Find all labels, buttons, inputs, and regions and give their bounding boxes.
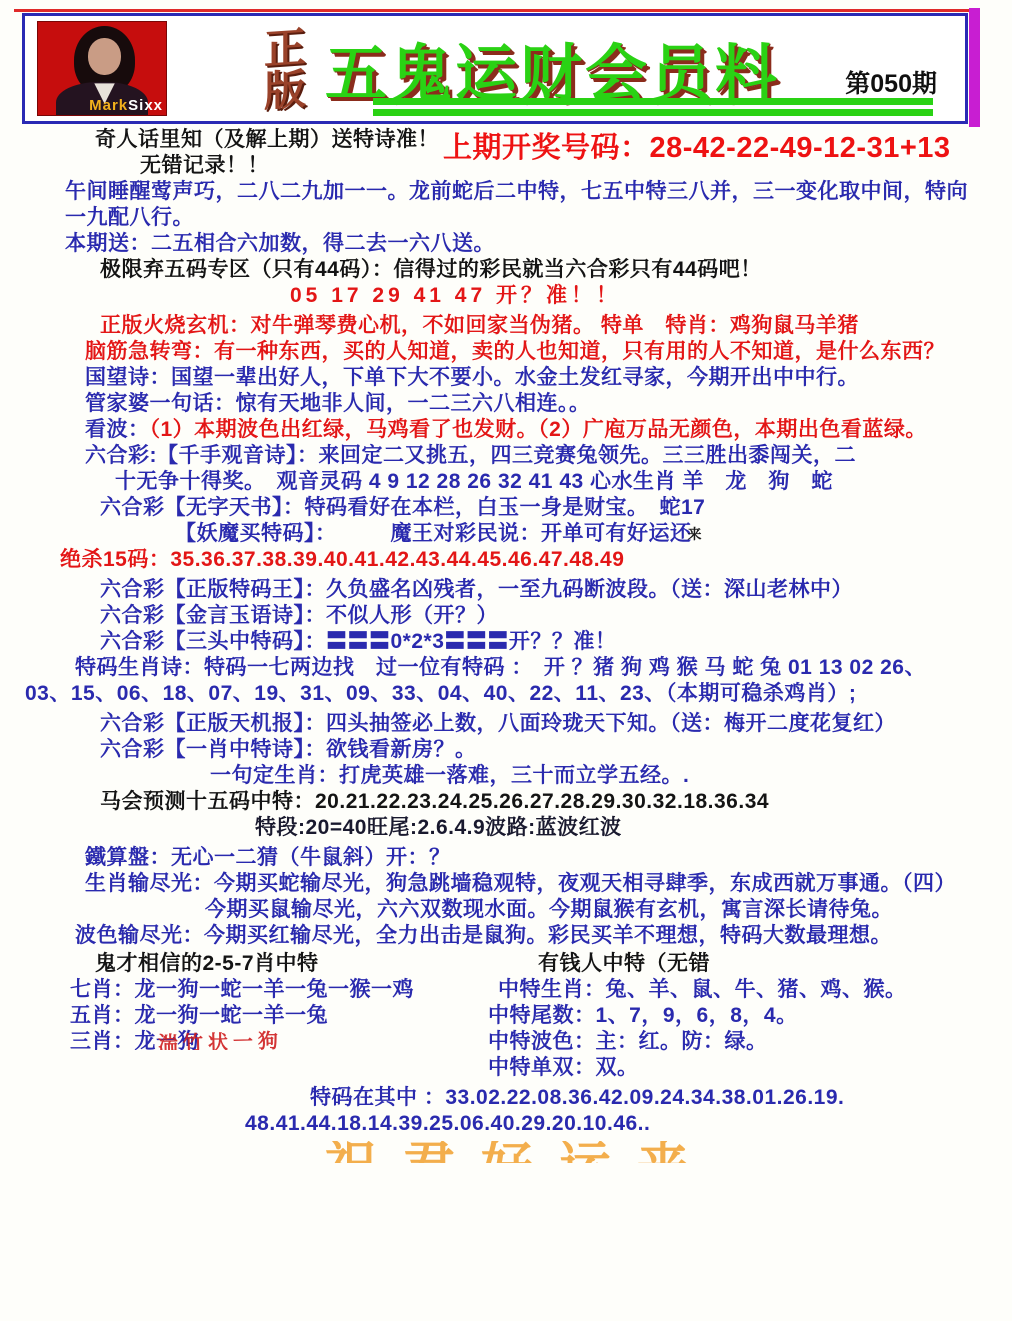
flyer-page: MarkSixx 正版 五鬼运财会员料 第050期 奇人话里知（及解上期）送特诗… [0, 0, 1012, 1321]
last-draw-numbers: 上期开奖号码：28-42-22-49-12-31+13 [443, 125, 951, 166]
line-jixian-codes: 05 17 29 41 47 开？准！！ [290, 283, 1012, 309]
line-tianjibao: 六合彩【正版天机报】：四头抽签必上数，八面玲珑天下知。（送：梅开二度花复红） [100, 711, 1012, 737]
header-top-red-line [14, 9, 978, 12]
line-guanjiapo: 管家婆一句话：惊有天地非人间，一二三六八相连。。 [85, 391, 1012, 417]
line-qianshou-2: 十无争十得奖。 观音灵码 4 9 12 28 26 32 41 43 心水生肖 … [115, 469, 1012, 495]
line-teduan: 特段:20=40旺尾:2.6.4.9波路:蓝波红波 [255, 815, 1012, 841]
photo-brand-mark: Mark [89, 97, 128, 114]
line-jixian: 极限弃五码专区（只有44码）：信得过的彩民就当六合彩只有44码吧！ [100, 257, 1012, 283]
title-underline-bottom [373, 109, 933, 116]
line-qianshou-1: 六合彩:【千手观音诗】：来回定二又挑五，四三竞赛兔领先。三三胜出黍闯关，二 [85, 443, 1012, 469]
line-yijv: 一句定生肖：打虎英雄一落难，三十而立学五经。. [210, 763, 1012, 789]
photo-brand-sixx: Sixx [128, 97, 163, 114]
header-right-magenta-bar [969, 8, 980, 127]
issue-number: 第050期 [845, 64, 937, 100]
yaomo-tail-char: 来 [688, 526, 703, 542]
line-shujinguang-1: 生肖输尽光：今期买蛇输尽光，狗急跳墙稳观特，夜观天相寻肆季，东成西就万事通。（四… [85, 871, 1012, 897]
line-huoshao: 正版火烧玄机：对牛弹琴费心机，不如回家当伪猪。 特单 特肖：鸡狗鼠马羊猪 [100, 313, 1012, 339]
header: MarkSixx 正版 五鬼运财会员料 第050期 [22, 13, 968, 124]
line-naojin: 脑筋急转弯：有一种东西，买的人知道，卖的人也知道，只有用的人不知道，是什么东西？ [85, 339, 1012, 365]
line-shengxiaoshi-2: 03、15、06、18、07、19、31、09、33、04、40、22、11、2… [25, 681, 1012, 707]
line-yaomo: 【妖魔买特码】： 魔王对彩民说：开单可有好运还来 [175, 521, 1012, 547]
line-poem-2: 一九配八行。 [65, 205, 1012, 231]
line-shengxiaoshi-1: 特码生肖诗：特码一七两边找 过一位有特码 ： 开 ？猪 狗 鸡 猴 马 蛇 兔 … [75, 655, 1012, 681]
line-juesha: 绝杀15码：35.36.37.38.39.40.41.42.43.44.45.4… [60, 547, 1012, 573]
two-column-block: 鬼才相信的2-5-7肖中特 七肖：龙一狗一蛇一羊一兔一猴一鸡 五肖：龙一狗一蛇一… [0, 951, 1012, 1081]
kanbo-body: （1）本期波色出红绿，马鸡看了也发财。（2）广庖万品无颜色，本期出色看蓝绿。 [150, 418, 927, 441]
flyer-content: 奇人话里知（及解上期）送特诗准！ 无错记录！！ 上期开奖号码：28-42-22-… [0, 127, 1012, 1163]
right-column: 有钱人中特（无错 中特生肖：兔、羊、鼠、牛、猪、鸡、猴。 中特尾数：1、7，9，… [478, 951, 1012, 1081]
line-kanbo: 看波：（1）本期波色出红绿，马鸡看了也发财。（2）广庖万品无颜色，本期出色看蓝绿… [85, 417, 1012, 443]
line-benqisong: 本期送：二五相合六加数，得二去一六八送。 [65, 231, 1012, 257]
line-mahui: 马会预测十五码中特：20.21.22.23.24.25.26.27.28.29.… [100, 789, 1012, 815]
portrait-face [88, 38, 121, 75]
brand-vertical-label: 正版 [255, 24, 309, 120]
line-jinyan: 六合彩【金言玉语诗】：不似人形（开？） [100, 603, 1012, 629]
right-col-title: 有钱人中特（无错 [538, 951, 1012, 977]
left-col-title: 鬼才相信的2-5-7肖中特 [95, 951, 478, 977]
photo-brand-text: MarkSixx [89, 97, 163, 114]
kanbo-label: 看波： [85, 418, 150, 441]
intro-block: 奇人话里知（及解上期）送特诗准！ 无错记录！！ 上期开奖号码：28-42-22-… [0, 127, 1012, 179]
line-poem-1: 午间睡醒莺声巧，二八二九加一一。龙前蛇后二中特，七五中特三八并，三一变化取中间，… [65, 179, 1012, 205]
line-guowang: 国望诗：国望一辈出好人，下单下大不要小。水金土发红寻家，今期开出中中行。 [85, 365, 1012, 391]
line-bose-shujinguang: 波色输尽光：今期买红输尽光，全力出击是鼠狗。彩民买羊不理想，特码大数最理想。 [75, 923, 1012, 949]
line-zhongte-shengxiao: 中特生肖：兔、羊、鼠、牛、猪、鸡、猴。 [498, 977, 1012, 1003]
line-santou: 六合彩【三头中特码】：〓〓〓0*2*3〓〓〓开？？准！ [100, 629, 1012, 655]
line-sanxiao: 三肖：龙一狗 湍竹状一狗 [70, 1029, 478, 1050]
line-tema-in-2: 48.41.44.18.14.39.25.06.40.29.20.10.46.. [245, 1111, 1012, 1137]
line-zhongte-danshuang: 中特单双：双。 [488, 1055, 1012, 1081]
line-shujinguang-2: 今期买鼠输尽光，六六双数现水面。今期鼠猴有玄机，寓言深长请待兔。 [205, 897, 1012, 923]
watermark-text: 祝君好运来 [325, 1141, 715, 1163]
line-tiesuan: 鐵算盤：无心一二猜（牛鼠斜）开：？ [85, 845, 1012, 871]
line-zhongte-weishu: 中特尾数：1、7，9，6，8，4。 [488, 1003, 1012, 1029]
line-qixiao: 七肖：龙一狗一蛇一羊一兔一猴一鸡 [70, 977, 478, 1003]
sanxiao-red-overlay-scribble: 湍竹状一狗 [158, 1029, 284, 1050]
line-tema-in-1: 特码在其中 ：33.02.22.08.36.42.09.24.34.38.01.… [310, 1085, 1012, 1111]
orange-watermark-fragment: 祝君好运来 [325, 1141, 1012, 1163]
line-zhongte-bose: 中特波色：主：红。防：绿。 [488, 1029, 1012, 1055]
line-wuxiao: 五肖：龙一狗一蛇一羊一兔 [70, 1003, 478, 1029]
yaomo-main: 【妖魔买特码】： 魔王对彩民说：开单可有好运还 [175, 522, 692, 545]
left-column: 鬼才相信的2-5-7肖中特 七肖：龙一狗一蛇一羊一兔一猴一鸡 五肖：龙一狗一蛇一… [0, 951, 478, 1081]
line-yixiao: 六合彩【一肖中特诗】：欲钱看新房？。 [100, 737, 1012, 763]
line-tematwang: 六合彩【正版特码王】：久负盛名凶残者，一至九码断波段。（送：深山老林中） [100, 577, 1012, 603]
line-wuzi: 六合彩【无字天书】：特码看好在本栏，白玉一身是财宝。 蛇17 [100, 495, 1012, 521]
portrait-photo: MarkSixx [37, 21, 167, 116]
